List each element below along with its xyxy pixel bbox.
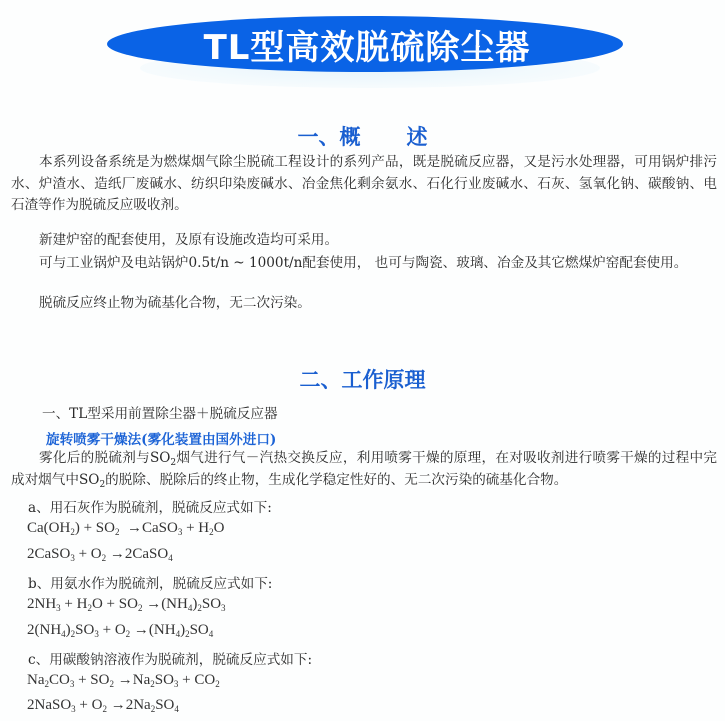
case-b-label: b、用氨水作为脱硫剂，脱硫反应式如下: (28, 572, 272, 592)
overview-paragraph-3: 可与工业锅炉及电站锅炉0.5t/n ~ 1000t/n配套使用， 也可与陶瓷、玻… (11, 253, 717, 275)
principle-subheading: 一、TL型采用前置除尘器＋脱硫反应器 (42, 402, 278, 422)
equation-a2: 2CaSO3 + O2 →2CaSO4 (27, 546, 173, 563)
principle-description: 雾化后的脱硫剂与SO2烟气进行气－汽热交换反应，利用喷雾干燥的原理，在对吸收剂进… (11, 448, 717, 491)
method-heading: 旋转喷雾干燥法(雾化装置由国外进口) (46, 428, 276, 448)
overview-paragraph-1: 本系列设备系统是为燃煤烟气除尘脱硫工程设计的系列产品，既是脱硫反应器，又是污水处… (11, 152, 717, 217)
title-banner: TL型高效脱硫除尘器 (107, 16, 623, 72)
case-a-label: a、用石灰作为脱硫剂，脱硫反应式如下: (28, 496, 272, 516)
overview-paragraph-4: 脱硫反应终止物为硫基化合物，无二次污染。 (11, 293, 717, 315)
document-title: TL型高效脱硫除尘器 (204, 20, 531, 69)
equation-b2: 2(NH4)2SO3 + O2 →(NH4)2SO4 (27, 622, 213, 639)
equation-a1: Ca(OH2) + SO2 →CaSO3 + H2O (27, 520, 224, 537)
case-c-label: c、用碳酸钠溶液作为脱硫剂，脱硫反应式如下: (28, 648, 312, 668)
section-heading-overview: 一、概述 (0, 121, 725, 151)
equation-b1: 2NH3 + H2O + SO2 →(NH4)2SO3 (27, 596, 226, 613)
section-heading-principle: 二、工作原理 (0, 364, 725, 394)
overview-paragraph-2: 新建炉窑的配套使用，及原有设施改造均可采用。 (11, 230, 717, 252)
equation-c1: Na2CO3 + SO2 →Na2SO3 + CO2 (27, 672, 220, 689)
equation-c2: 2NaSO3 + O2 →2Na2SO4 (27, 697, 179, 714)
